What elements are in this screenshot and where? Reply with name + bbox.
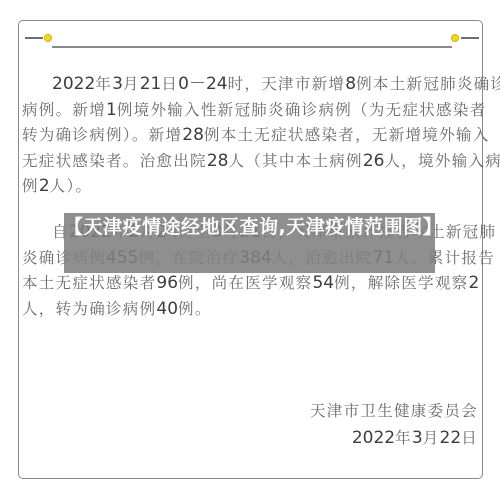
- body-text: 年: [395, 429, 412, 447]
- body-text: 例。: [178, 300, 212, 318]
- paragraph-daily-report: 2022年3月21日0－24时，天津市新增8例本土新冠肺炎确诊病例。新增1例境外…: [22, 72, 482, 200]
- number-text: 26: [363, 151, 385, 171]
- number-text: 28: [207, 151, 229, 171]
- text-line: 病例。新增1例境外输入性新冠肺炎确诊病例（为无症状感染者: [22, 98, 482, 124]
- signature-organization: 天津市卫生健康委员会: [310, 399, 478, 421]
- number-text: 40: [156, 299, 178, 319]
- number-text: 96: [156, 273, 178, 293]
- body-text: 人，境外输入病: [385, 152, 500, 170]
- number-text: 1: [106, 100, 117, 120]
- number-text: 54: [312, 273, 334, 293]
- number-text: 2022: [52, 74, 95, 94]
- number-text: 3: [412, 428, 423, 448]
- number-text: 2: [469, 273, 480, 293]
- number-text: 21: [140, 74, 162, 94]
- number-text: 28: [182, 125, 204, 145]
- body-text: 年: [95, 75, 112, 93]
- body-text: 例本土新冠肺炎确诊: [356, 75, 500, 93]
- left-yellow-dot-icon: [44, 34, 52, 42]
- body-text: 例，尚在医学观察: [178, 274, 312, 292]
- body-text: 月: [123, 75, 140, 93]
- signature-date: 2022年3月22日: [352, 426, 478, 448]
- body-text: 人，转为确诊病例: [22, 300, 156, 318]
- text-line: 2022年3月21日0－24时，天津市新增8例本土新冠肺炎确诊: [22, 72, 482, 98]
- body-text: 日: [161, 75, 178, 93]
- number-text: 22: [440, 428, 462, 448]
- body-text: 人）。: [50, 177, 93, 195]
- body-text: 日: [461, 429, 478, 447]
- body-text: 月: [423, 429, 440, 447]
- body-text: 例本土无症状感染者，无新增境外输入: [204, 126, 490, 144]
- number-text: 2: [39, 176, 50, 196]
- body-text: 人（其中本土病例: [228, 152, 362, 170]
- text-line: 转为确诊病例）。新增28例本土无症状感染者，无新增境外输入: [22, 123, 482, 149]
- header-divider-line: [52, 46, 452, 48]
- body-text: 无症状感染者。治愈出院: [22, 152, 207, 170]
- text-line: 无症状感染者。治愈出院28人（其中本土病例26人，境外输入病: [22, 149, 482, 175]
- number-text: 0－24: [178, 74, 227, 94]
- body-text: 例: [22, 177, 39, 195]
- overlay-title[interactable]: 【天津疫情途经地区查询,天津疫情范围图】: [64, 214, 435, 240]
- body-text: 病例。新增: [22, 101, 106, 119]
- body-text: 转为确诊病例）。新增: [22, 126, 182, 144]
- number-text: 3: [112, 74, 123, 94]
- right-decoration-line: [461, 37, 479, 39]
- number-text: 8: [345, 74, 356, 94]
- number-text: 2022: [352, 428, 395, 448]
- text-line: 本土无症状感染者96例，尚在医学观察54例，解除医学观察2: [22, 271, 482, 297]
- text-line: 人，转为确诊病例40例。: [22, 297, 482, 323]
- body-text: 例，解除医学观察: [334, 274, 468, 292]
- body-text: 时，天津市新增: [228, 75, 346, 93]
- text-line: 例2人）。: [22, 174, 482, 200]
- right-yellow-dot-icon: [451, 34, 459, 42]
- body-text: 本土无症状感染者: [22, 274, 156, 292]
- body-text: 例境外输入性新冠肺炎确诊病例（为无症状感染者: [117, 101, 487, 119]
- left-decoration-line: [25, 37, 43, 39]
